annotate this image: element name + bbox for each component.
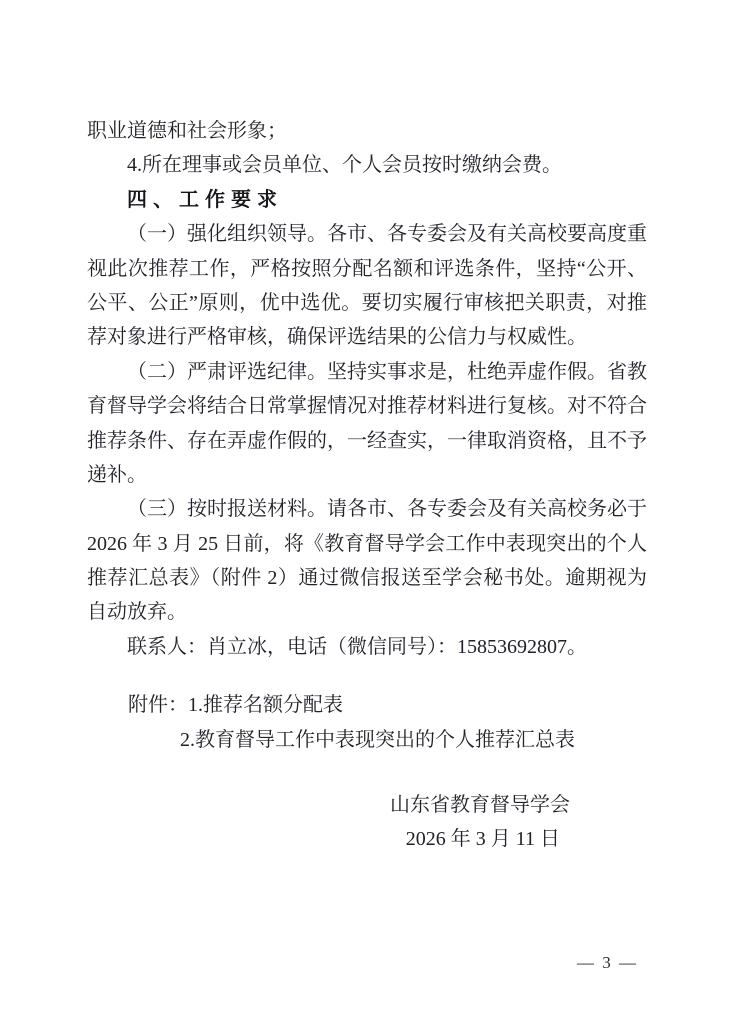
blank-line — [87, 664, 647, 688]
text-line: （一）强化组织领导。各市、各专委会及有关高校要高度重 — [87, 217, 647, 251]
signature-date: 2026 年 3 月 11 日 — [87, 822, 647, 856]
attachment-line-2: 2.教育督导工作中表现突出的个人推荐汇总表 — [87, 723, 647, 757]
text-line: 育督导学会将结合日常掌握情况对推荐材料进行复核。对不符合 — [87, 389, 647, 423]
text-line: 自动放弃。 — [87, 595, 647, 629]
continuation-line: 职业道德和社会形象； — [87, 114, 647, 148]
contact-line: 联系人：肖立冰，电话（微信同号）：15853692807。 — [87, 630, 647, 664]
paragraph-2: （二）严肃评选纪律。坚持实事求是，杜绝弄虚作假。省教 育督导学会将结合日常掌握情… — [87, 355, 647, 493]
text-line: （三）按时报送材料。请各市、各专委会及有关高校务必于 — [87, 492, 647, 526]
paragraph-1: （一）强化组织领导。各市、各专委会及有关高校要高度重 视此次推荐工作，严格按照分… — [87, 217, 647, 355]
text-line: 2026 年 3 月 25 日前，将《教育督导学会工作中表现突出的个人 — [87, 527, 647, 561]
text-line: 递补。 — [87, 458, 647, 492]
document-page: 职业道德和社会形象； 4.所在理事或会员单位、个人会员按时缴纳会费。 四、工作要… — [0, 0, 731, 1030]
text-line: （二）严肃评选纪律。坚持实事求是，杜绝弄虚作假。省教 — [87, 355, 647, 389]
numbered-item-4: 4.所在理事或会员单位、个人会员按时缴纳会费。 — [87, 148, 647, 182]
text-line: 公平、公正”原则，优中选优。要切实履行审核把关职责，对推 — [87, 286, 647, 320]
document-body: 职业道德和社会形象； 4.所在理事或会员单位、个人会员按时缴纳会费。 四、工作要… — [87, 114, 647, 857]
text-line: 视此次推荐工作，严格按照分配名额和评选条件，坚持“公开、 — [87, 252, 647, 286]
text-line: 推荐汇总表》（附件 2）通过微信报送至学会秘书处。逾期视为 — [87, 561, 647, 595]
text-line: 荐对象进行严格审核，确保评选结果的公信力与权威性。 — [87, 320, 647, 354]
blank-line — [87, 757, 647, 788]
text-line: 推荐条件、存在弄虚作假的，一经查实，一律取消资格，且不予 — [87, 424, 647, 458]
signature-org: 山东省教育督导学会 — [87, 788, 647, 822]
paragraph-3: （三）按时报送材料。请各市、各专委会及有关高校务必于 2026 年 3 月 25… — [87, 492, 647, 630]
page-number: — 3 — — [577, 951, 638, 975]
section-heading: 四、工作要求 — [87, 183, 647, 217]
attachment-line-1: 附件：1.推荐名额分配表 — [87, 688, 647, 722]
